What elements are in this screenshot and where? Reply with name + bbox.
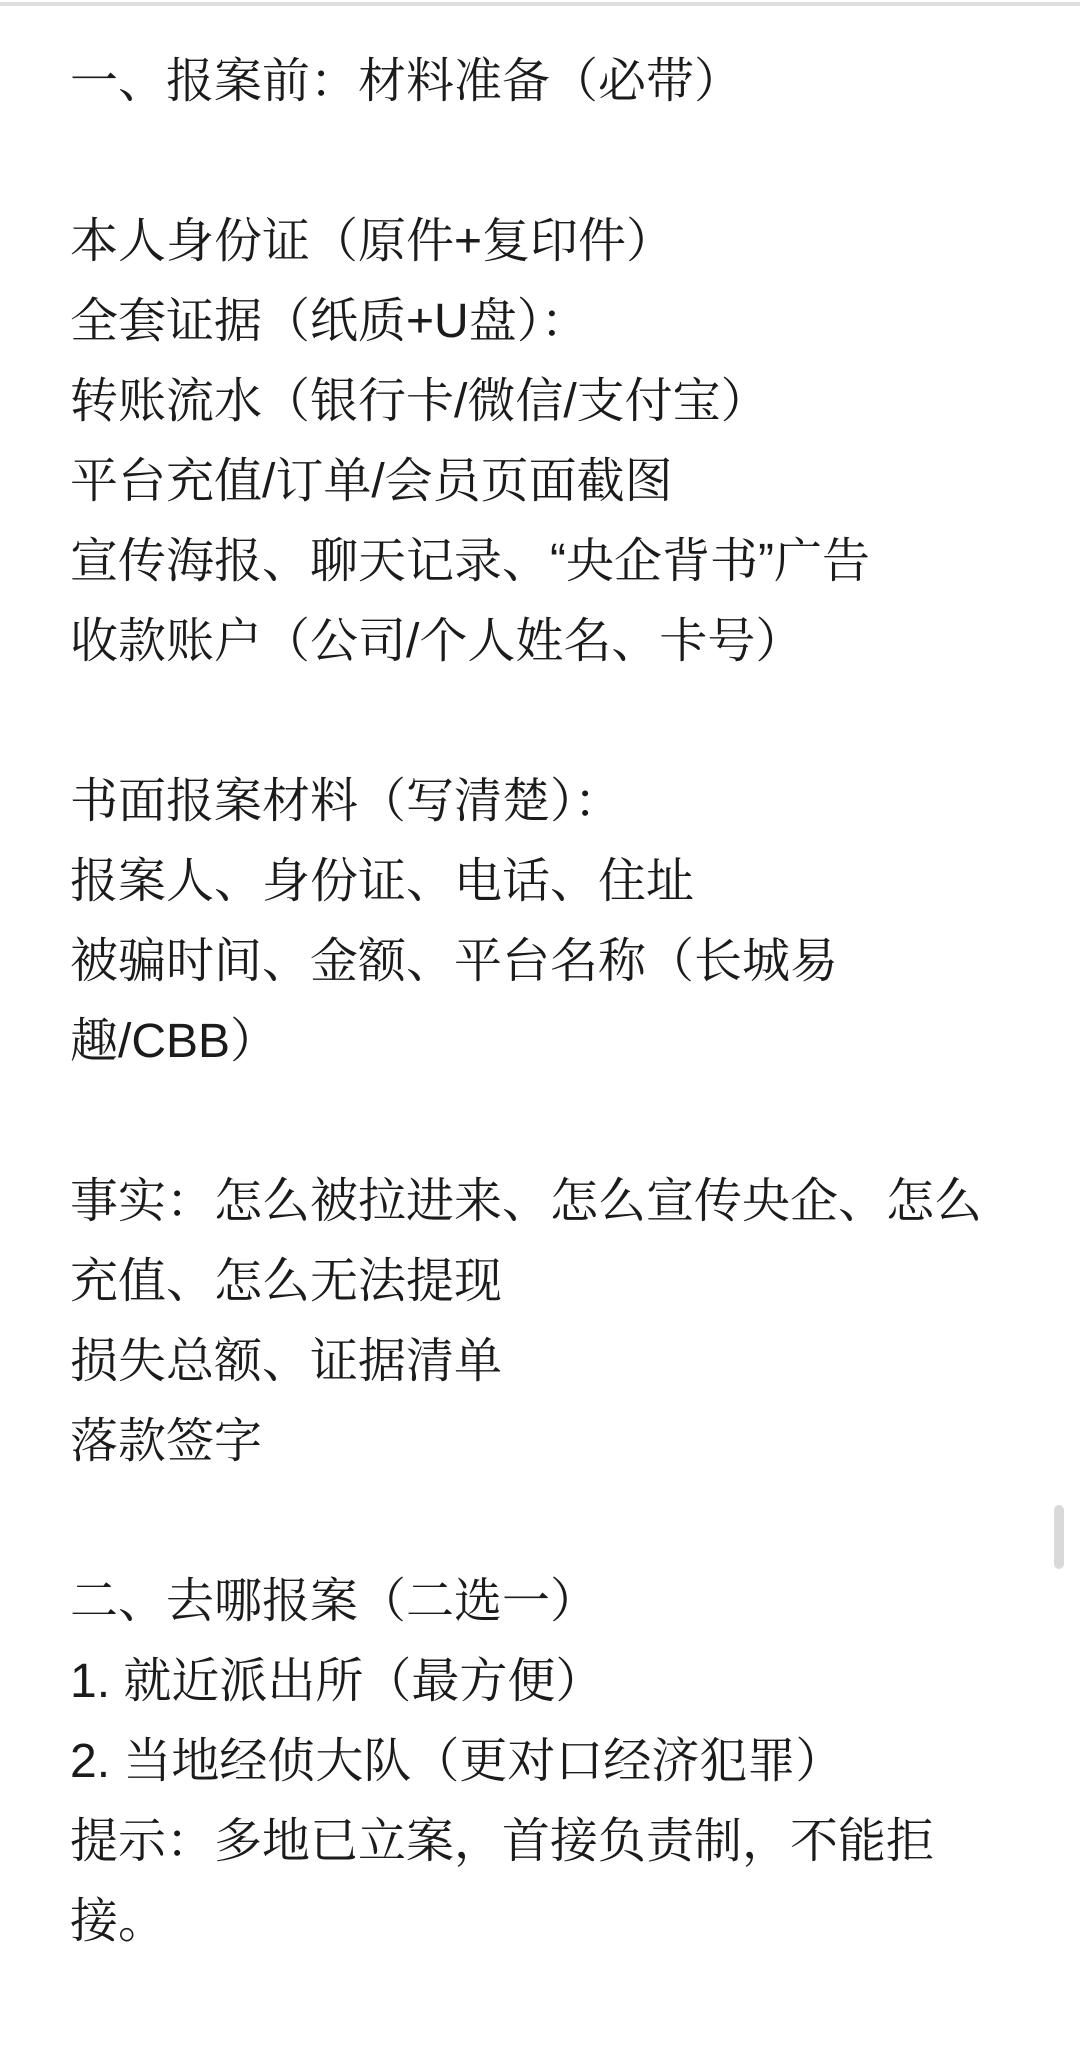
content-area: 一、报案前：材料准备（必带） 本人身份证（原件+复印件） 全套证据（纸质+U盘）… xyxy=(70,42,1040,1962)
text-line: 趣/CBB） xyxy=(70,1002,1040,1082)
text-line: 报案人、身份证、电话、住址 xyxy=(70,842,1040,922)
section-where-to-report: 二、去哪报案（二选一） 1. 就近派出所（最方便） 2. 当地经侦大队（更对口经… xyxy=(70,1562,1040,1962)
text-line: 2. 当地经侦大队（更对口经济犯罪） xyxy=(70,1722,1040,1802)
text-line: 宣传海报、聊天记录、“央企背书”广告 xyxy=(70,522,1040,602)
section-written-report: 书面报案材料（写清楚）： 报案人、身份证、电话、住址 被骗时间、金额、平台名称（… xyxy=(70,762,1040,1082)
heading-line: 一、报案前：材料准备（必带） xyxy=(70,42,1040,122)
page: 一、报案前：材料准备（必带） 本人身份证（原件+复印件） 全套证据（纸质+U盘）… xyxy=(0,0,1080,2065)
text-line: 书面报案材料（写清楚）： xyxy=(70,762,1040,842)
section-facts: 事实：怎么被拉进来、怎么宣传央企、怎么 充值、怎么无法提现 损失总额、证据清单 … xyxy=(70,1162,1040,1482)
text-line: 全套证据（纸质+U盘）： xyxy=(70,282,1040,362)
paragraph-spacer xyxy=(70,1082,1040,1162)
paragraph-spacer xyxy=(70,122,1040,202)
top-divider-line xyxy=(0,2,1080,6)
paragraph-spacer xyxy=(70,1482,1040,1562)
text-line: 平台充值/订单/会员页面截图 xyxy=(70,442,1040,522)
section-heading-preparation: 一、报案前：材料准备（必带） xyxy=(70,42,1040,122)
text-line: 收款账户（公司/个人姓名、卡号） xyxy=(70,602,1040,682)
text-line: 落款签字 xyxy=(70,1402,1040,1482)
text-line: 提示：多地已立案，首接负责制，不能拒 xyxy=(70,1802,1040,1882)
text-line: 1. 就近派出所（最方便） xyxy=(70,1642,1040,1722)
heading-line: 二、去哪报案（二选一） xyxy=(70,1562,1040,1642)
text-line: 本人身份证（原件+复印件） xyxy=(70,202,1040,282)
text-line: 事实：怎么被拉进来、怎么宣传央企、怎么 xyxy=(70,1162,1040,1242)
text-line: 被骗时间、金额、平台名称（长城易 xyxy=(70,922,1040,1002)
text-line: 接。 xyxy=(70,1882,1040,1962)
text-line: 充值、怎么无法提现 xyxy=(70,1242,1040,1322)
text-line: 转账流水（银行卡/微信/支付宝） xyxy=(70,362,1040,442)
section-evidence-materials: 本人身份证（原件+复印件） 全套证据（纸质+U盘）： 转账流水（银行卡/微信/支… xyxy=(70,202,1040,682)
paragraph-spacer xyxy=(70,682,1040,762)
scrollbar-thumb[interactable] xyxy=(1054,1505,1064,1569)
text-line: 损失总额、证据清单 xyxy=(70,1322,1040,1402)
